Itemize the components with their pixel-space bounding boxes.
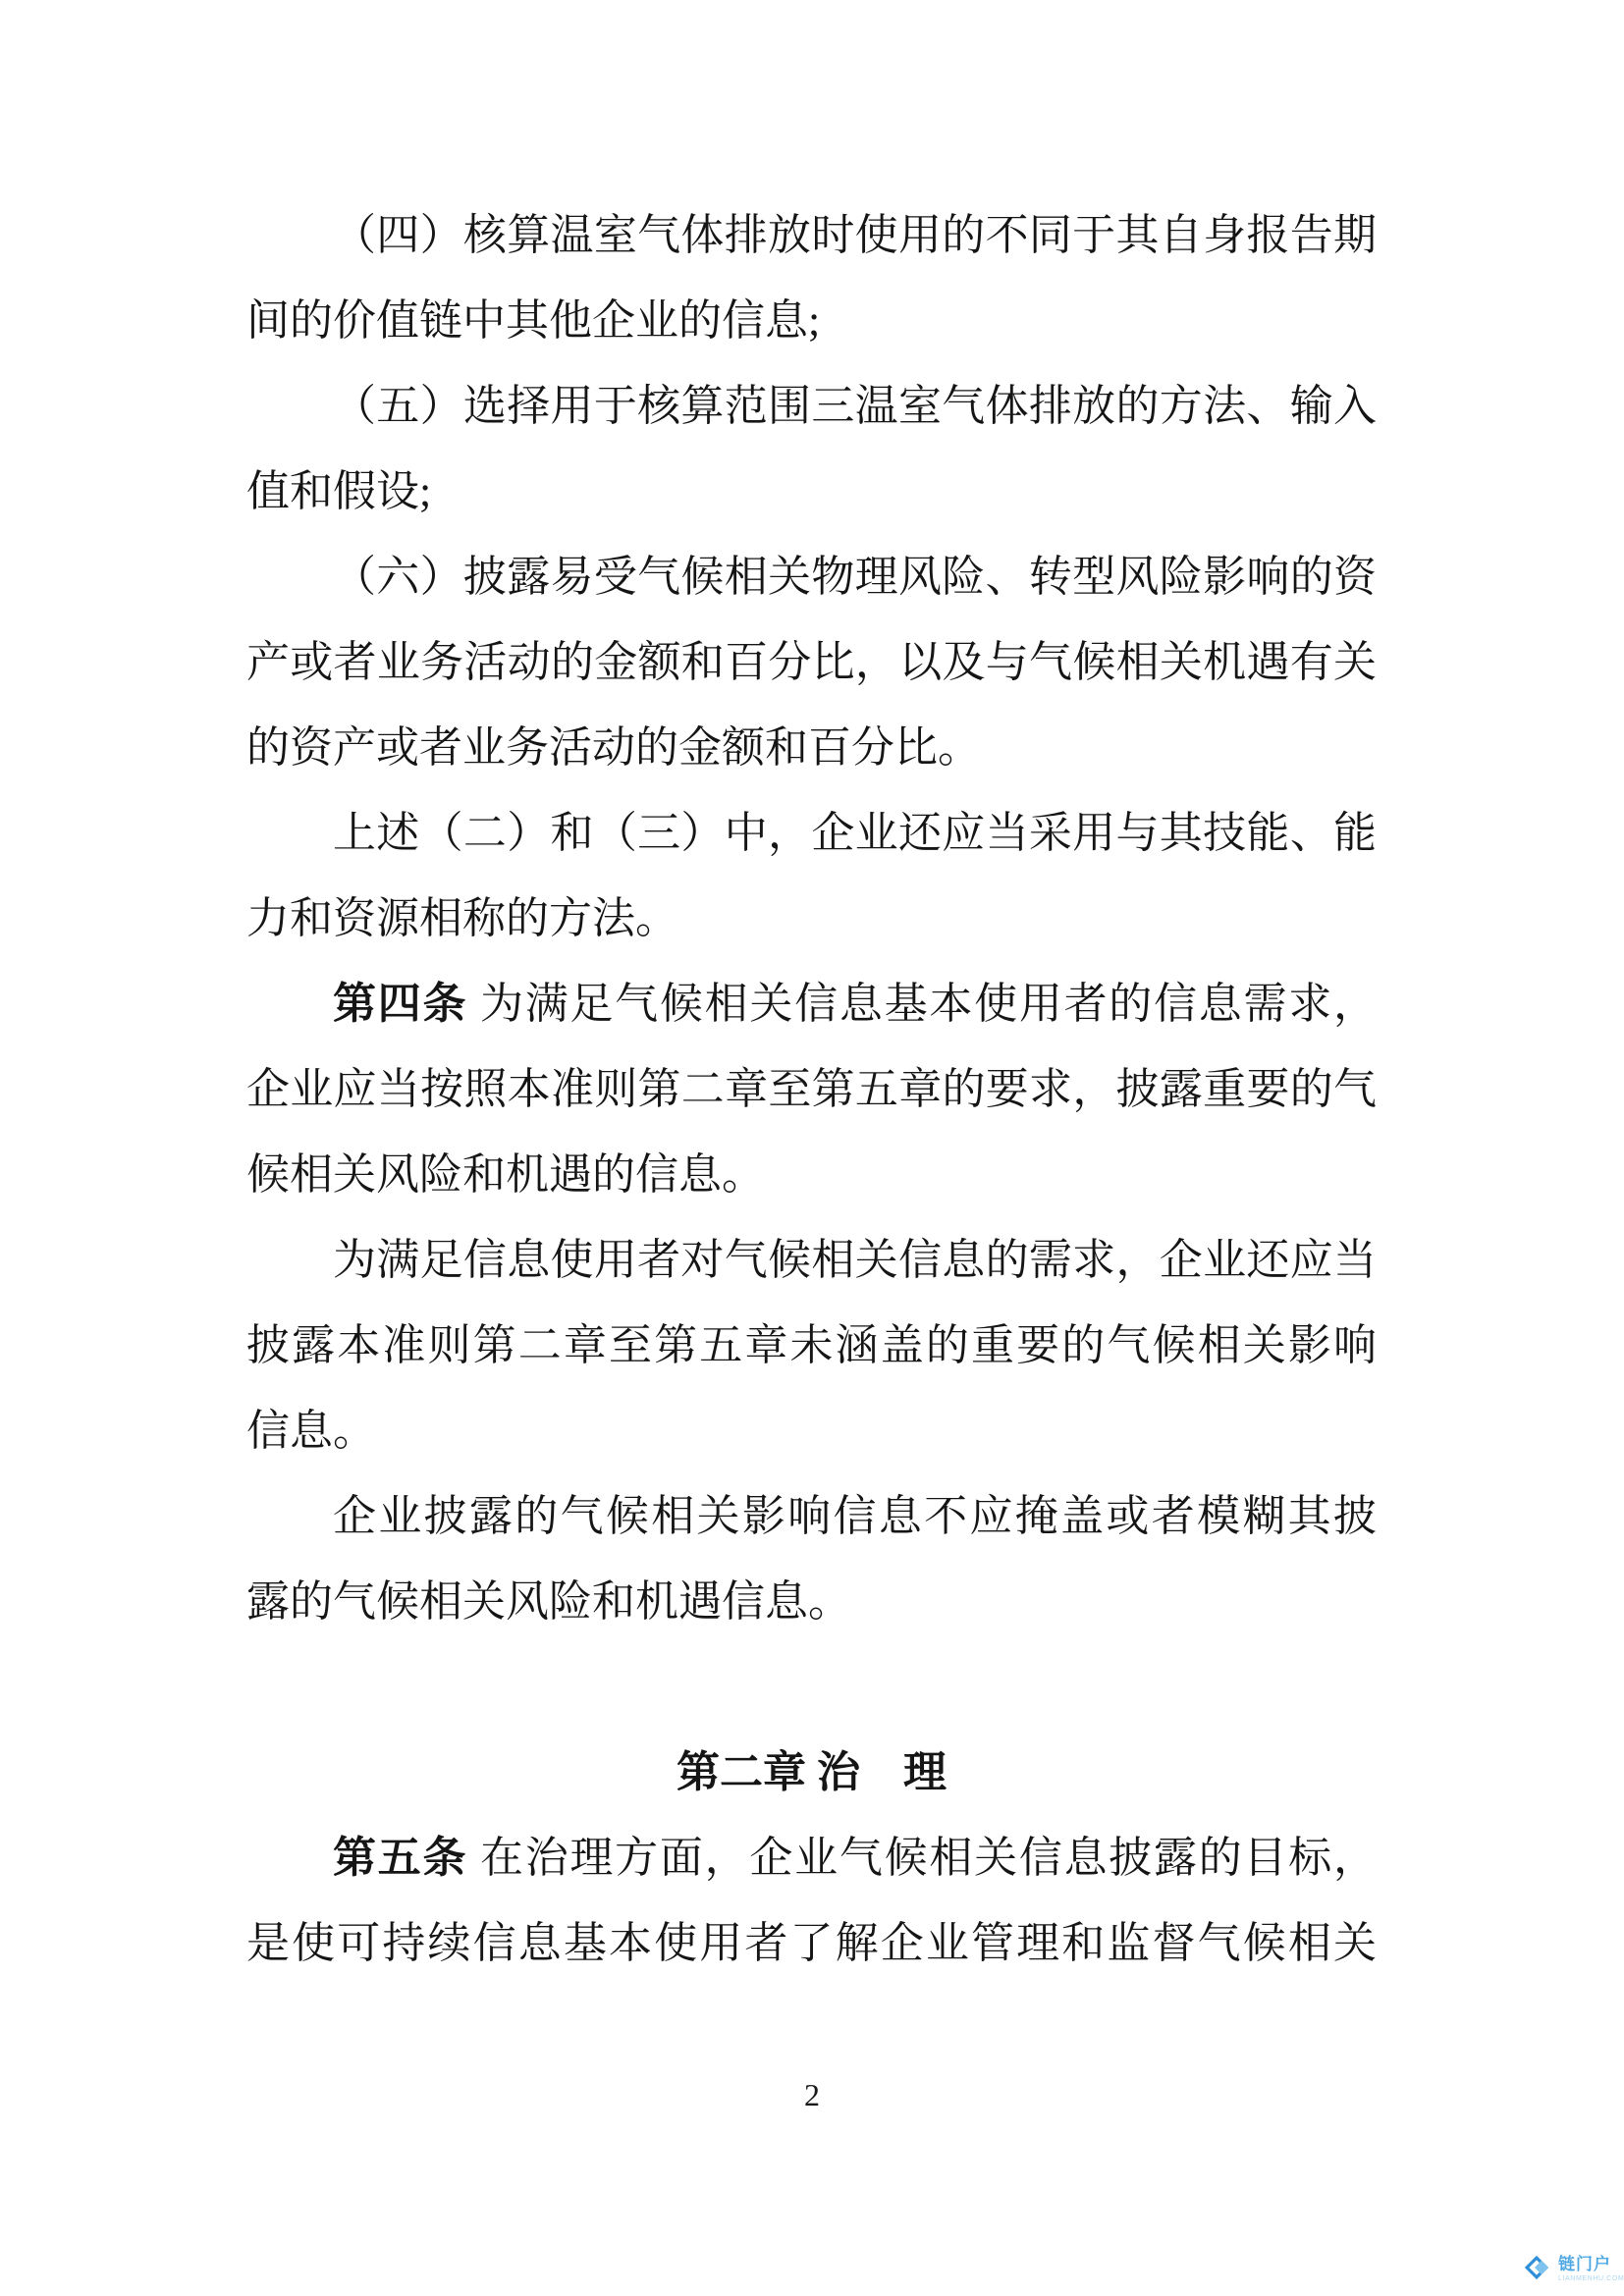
text-segment: 企业应当按照本准则第二章至第五章的要求，披露重要的气 (246, 1065, 1377, 1113)
bold-term: 第四条 (333, 980, 467, 1028)
text-line: 企业应当按照本准则第二章至第五章的要求，披露重要的气 (246, 1046, 1377, 1132)
text-segment: 为满足气候相关信息基本使用者的信息需求， (467, 980, 1377, 1028)
text-line: 企业披露的气候相关影响信息不应掩盖或者模糊其披 (246, 1473, 1377, 1559)
text-segment: 是使可持续信息基本使用者了解企业管理和监督气候相关 (246, 1919, 1377, 1967)
text-line: （四）核算温室气体排放时使用的不同于其自身报告期 (246, 192, 1377, 278)
text-segment: 候相关风险和机遇的信息。 (246, 1150, 765, 1199)
text-segment: 为满足信息使用者对气候相关信息的需求，企业还应当 (333, 1236, 1377, 1284)
text-line: 为满足信息使用者对气候相关信息的需求，企业还应当 (246, 1217, 1377, 1303)
watermark: 链门户 LIANMENHU.COM (1524, 2255, 1624, 2284)
text-line: 第五条 在治理方面，企业气候相关信息披露的目标， (246, 1815, 1377, 1900)
text-line: 第四条 为满足气候相关信息基本使用者的信息需求， (246, 961, 1377, 1046)
text-segment: 力和资源相称的方法。 (246, 894, 678, 942)
text-segment: 值和假设; (246, 467, 431, 515)
text-line: 产或者业务活动的金额和百分比，以及与气候相关机遇有关 (246, 619, 1377, 705)
text-line: 值和假设; (246, 449, 1377, 534)
watermark-domain: LIANMENHU.COM (1558, 2274, 1624, 2283)
text-column: （四）核算温室气体排放时使用的不同于其自身报告期间的价值链中其他企业的信息;（五… (246, 192, 1377, 1986)
text-segment: （五）选择用于核算范围三温室气体排放的方法、输入 (333, 382, 1377, 430)
text-segment: 产或者业务活动的金额和百分比，以及与气候相关机遇有关 (246, 638, 1377, 686)
text-line: 候相关风险和机遇的信息。 (246, 1132, 1377, 1217)
text-segment: 间的价值链中其他企业的信息; (246, 296, 820, 345)
text-segment: 信息。 (246, 1407, 376, 1455)
text-line: 露的气候相关风险和机遇信息。 (246, 1559, 1377, 1644)
text-line: （六）披露易受气候相关物理风险、转型风险影响的资 (246, 534, 1377, 619)
text-line: 力和资源相称的方法。 (246, 876, 1377, 961)
text-segment: 在治理方面，企业气候相关信息披露的目标， (467, 1834, 1377, 1882)
text-segment: 露的气候相关风险和机遇信息。 (246, 1577, 851, 1626)
bold-term: 第二章 治 理 (677, 1748, 947, 1796)
text-segment: （四）核算温室气体排放时使用的不同于其自身报告期 (333, 211, 1377, 259)
text-line: 的资产或者业务活动的金额和百分比。 (246, 705, 1377, 790)
text-line: 信息。 (246, 1388, 1377, 1473)
bold-term: 第五条 (333, 1834, 467, 1882)
text-segment: 企业披露的气候相关影响信息不应掩盖或者模糊其披 (333, 1492, 1377, 1540)
lianmenhu-logo-icon (1524, 2255, 1553, 2284)
text-line: 上述（二）和（三）中，企业还应当采用与其技能、能 (246, 790, 1377, 876)
text-line: 是使可持续信息基本使用者了解企业管理和监督气候相关 (246, 1900, 1377, 1986)
watermark-text: 链门户 LIANMENHU.COM (1558, 2255, 1624, 2283)
watermark-brand: 链门户 (1558, 2255, 1624, 2274)
text-segment: 披露本准则第二章至第五章未涵盖的重要的气候相关影响 (246, 1321, 1377, 1369)
text-line: 间的价值链中其他企业的信息; (246, 278, 1377, 363)
page-number: 2 (0, 2073, 1624, 2116)
document-page: （四）核算温室气体排放时使用的不同于其自身报告期间的价值链中其他企业的信息;（五… (0, 0, 1624, 2296)
text-line: （五）选择用于核算范围三温室气体排放的方法、输入 (246, 363, 1377, 449)
chapter-heading: 第二章 治 理 (246, 1730, 1377, 1815)
text-line: 披露本准则第二章至第五章未涵盖的重要的气候相关影响 (246, 1303, 1377, 1388)
text-segment: 的资产或者业务活动的金额和百分比。 (246, 723, 981, 772)
text-segment: 上述（二）和（三）中，企业还应当采用与其技能、能 (333, 809, 1377, 857)
text-segment: （六）披露易受气候相关物理风险、转型风险影响的资 (333, 553, 1377, 601)
